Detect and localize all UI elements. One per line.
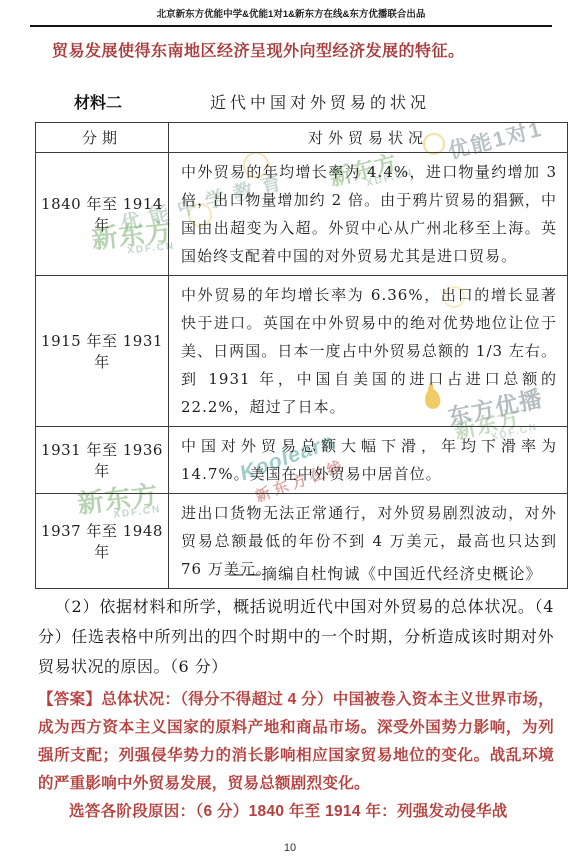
column-header-status: 对外贸易状况 xyxy=(169,123,568,153)
status-cell: 中国对外贸易总额大幅下滑，年均下滑率为 14.7%。美国在中外贸易中居首位。 xyxy=(169,427,568,494)
table-row: 1915 年至 1931 年 中外贸易的年均增长率为 6.36%，出口的增长显著… xyxy=(36,276,568,427)
status-cell: 中外贸易的年均增长率为 6.36%，出口的增长显著快于进口。英国在中外贸易中的绝… xyxy=(169,276,568,427)
table-header-row: 分期 对外贸易状况 xyxy=(36,123,568,153)
material-caption: 材料二近代中国对外贸易的状况 xyxy=(74,90,550,113)
page-number: 10 xyxy=(0,842,580,854)
period-cell: 1931 年至 1936 年 xyxy=(36,427,169,494)
trade-status-table: 分期 对外贸易状况 1840 年至 1914 年 中外贸易的年均增长率为 4.4… xyxy=(35,122,568,589)
table-row: 1840 年至 1914 年 中外贸易的年均增长率为 4.4%，进口物量约增加 … xyxy=(36,153,568,276)
period-cell: 1840 年至 1914 年 xyxy=(36,153,169,276)
document-header: 北京新东方优能中学&优能1对1&新东方在线&东方优播联合出品 xyxy=(30,6,552,27)
status-cell: 中外贸易的年均增长率为 4.4%，进口物量约增加 3 倍，出口物量增加约 2 倍… xyxy=(169,153,568,276)
column-header-period: 分期 xyxy=(36,123,169,153)
period-cell: 1915 年至 1931 年 xyxy=(36,276,169,427)
answer-block: 【答案】总体状况：（得分不得超过 4 分）中国被卷入资本主义世界市场，成为西方资… xyxy=(38,686,554,826)
source-attribution: ——摘编自杜恂诚《中国近代经济史概论》 xyxy=(35,562,542,584)
material-label: 材料二 xyxy=(74,95,122,112)
question-text: （2）依据材料和所学，概括说明近代中国对外贸易的总体状况。（4分）任选表格中所列… xyxy=(38,592,554,682)
intro-red-text: 贸易发展使得东南地区经济呈现外向型经济发展的特征。 xyxy=(52,38,556,61)
material-title: 近代中国对外贸易的状况 xyxy=(210,93,430,112)
answer-part2: 选答各阶段原因：（6 分）1840 年至 1914 年：列强发动侵华战 xyxy=(38,798,554,826)
answer-part1: 【答案】总体状况：（得分不得超过 4 分）中国被卷入资本主义世界市场，成为西方资… xyxy=(38,686,554,798)
table-row: 1931 年至 1936 年 中国对外贸易总额大幅下滑，年均下滑率为 14.7%… xyxy=(36,427,568,494)
document-page: 北京新东方优能中学&优能1对1&新东方在线&东方优播联合出品 贸易发展使得东南地… xyxy=(0,0,580,862)
